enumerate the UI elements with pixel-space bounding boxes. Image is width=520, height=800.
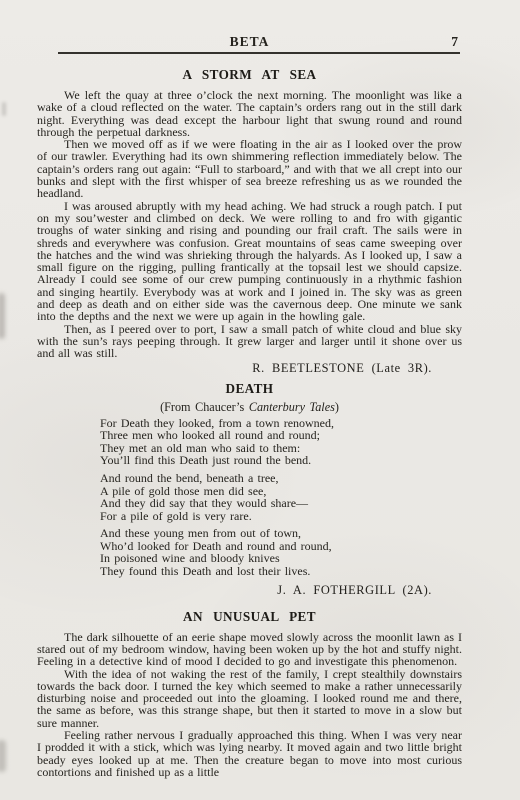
scan-smudge: [0, 293, 5, 339]
magazine-page: BETA 7 A STORM AT SEA We left the quay a…: [0, 0, 520, 800]
poem-line: They found this Death and lost their liv…: [100, 565, 462, 578]
poem-line: And they did say that they would share—: [100, 497, 462, 510]
stanza: And these young men from out of town, Wh…: [100, 527, 462, 577]
author-attribution: J. A. FOTHERGILL (2A).: [37, 583, 462, 598]
poem-line: And round the bend, beneath a tree,: [100, 472, 462, 485]
poem: For Death they looked, from a town renow…: [100, 417, 462, 578]
poem-line: For a pile of gold is very rare.: [100, 510, 462, 523]
header-rule: [58, 52, 460, 54]
section-storm-at-sea: A STORM AT SEA We left the quay at three…: [37, 67, 462, 376]
section-unusual-pet: AN UNUSUAL PET The dark silhouette of an…: [37, 609, 462, 779]
poem-source-prefix: (From Chaucer’s: [160, 400, 249, 414]
paragraph: We left the quay at three o’clock the ne…: [37, 89, 462, 138]
poem-line: You’ll find this Death just round the be…: [100, 454, 462, 467]
paragraph: I was aroused abruptly with my head achi…: [37, 200, 462, 323]
paragraph: Then, as I peered over to port, I saw a …: [37, 323, 462, 360]
page-header: BETA 7: [37, 34, 462, 49]
poem-source: (From Chaucer’s Canterbury Tales): [37, 400, 462, 415]
poem-line: And these young men from out of town,: [100, 527, 462, 540]
section-title-pet: AN UNUSUAL PET: [37, 609, 462, 625]
poem-line: Three men who looked all round and round…: [100, 429, 462, 442]
running-title: BETA: [37, 34, 462, 50]
paragraph: The dark silhouette of an eerie shape mo…: [37, 631, 462, 668]
page-number: 7: [451, 34, 458, 50]
poem-source-suffix: ): [335, 400, 339, 414]
book-title: Canterbury Tales: [249, 400, 335, 414]
section-death-poem: DEATH (From Chaucer’s Canterbury Tales) …: [37, 381, 462, 598]
stanza: For Death they looked, from a town renow…: [100, 417, 462, 467]
stanza: And round the bend, beneath a tree, A pi…: [100, 472, 462, 522]
scan-smudge: [0, 740, 6, 772]
paragraph: With the idea of not waking the rest of …: [37, 668, 462, 729]
author-attribution: R. BEETLESTONE (Late 3R).: [37, 361, 462, 376]
paragraph: Feeling rather nervous I gradually appro…: [37, 729, 462, 778]
scan-smudge: [2, 102, 6, 116]
section-title-storm: A STORM AT SEA: [37, 67, 462, 83]
section-title-death: DEATH: [37, 381, 462, 397]
paragraph: Then we moved off as if we were floating…: [37, 138, 462, 199]
